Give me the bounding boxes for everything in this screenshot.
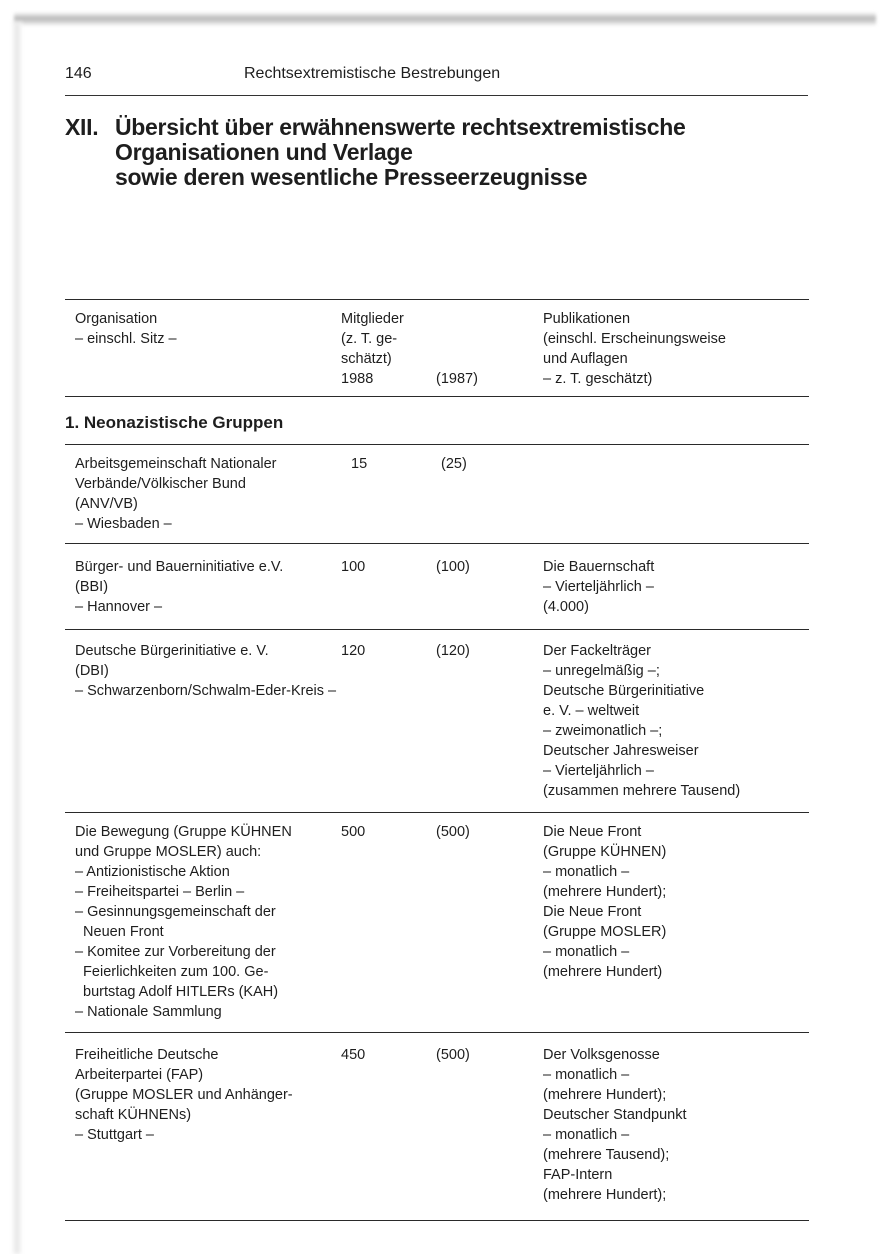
row-rule [65, 629, 809, 630]
table-row-organisation: Bürger- und Bauerninitiative e.V. (BBI) … [75, 557, 283, 617]
table-row-members-1988: 500 [341, 822, 365, 842]
row-rule [65, 1032, 809, 1033]
chapter-title-line: sowie deren wesentliche Presseerzeugniss… [115, 165, 685, 190]
chapter-numeral: XII. [65, 115, 98, 140]
header-bottom-rule [65, 396, 809, 397]
header-mitglieder-1987: (1987) [436, 369, 478, 389]
table-row-organisation: Arbeitsgemeinschaft Nationaler Verbände/… [75, 454, 277, 534]
table-top-rule [65, 299, 809, 300]
page-number: 146 [65, 65, 92, 83]
table-row-organisation: Deutsche Bürgerinitiative e. V. (DBI) – … [75, 641, 336, 701]
chapter-title-line: Organisationen und Verlage [115, 140, 685, 165]
table-row-publications: Der Volksgenosse – monatlich – (mehrere … [543, 1045, 686, 1205]
row-rule [65, 543, 809, 544]
row-rule [65, 812, 809, 813]
document-page: 146 Rechtsextremistische Bestrebungen XI… [0, 0, 894, 1254]
table-row-members-1987: (500) [436, 1045, 470, 1065]
section-heading: 1. Neonazistische Gruppen [65, 413, 283, 433]
header-publikationen: Publikationen (einschl. Erscheinungsweis… [543, 309, 726, 389]
table-row-organisation: Die Bewegung (Gruppe KÜHNEN und Gruppe M… [75, 822, 292, 1022]
table-row-members-1987: (500) [436, 822, 470, 842]
table-bottom-rule [65, 1220, 809, 1221]
header-mitglieder-1988: Mitglieder (z. T. ge- schätzt) 1988 [341, 309, 404, 389]
table-row-publications: Die Neue Front (Gruppe KÜHNEN) – monatli… [543, 822, 666, 982]
table-row-members-1988: 100 [341, 557, 365, 577]
table-row-members-1987: (25) [441, 454, 467, 474]
table-row-members-1988: 15 [351, 454, 367, 474]
table-row-members-1988: 120 [341, 641, 365, 661]
running-title: Rechtsextremistische Bestrebungen [244, 65, 500, 83]
table-row-members-1987: (120) [436, 641, 470, 661]
header-organisation: Organisation – einschl. Sitz – [75, 309, 177, 349]
table-row-members-1987: (100) [436, 557, 470, 577]
running-header: 146 Rechtsextremistische Bestrebungen [65, 65, 808, 96]
table-row-organisation: Freiheitliche Deutsche Arbeiterpartei (F… [75, 1045, 293, 1145]
chapter-title-line: Übersicht über erwähnenswerte rechtsextr… [115, 115, 685, 140]
section-rule [65, 444, 809, 445]
table-row-publications: Die Bauernschaft – Vierteljährlich – (4.… [543, 557, 654, 617]
table-row-members-1988: 450 [341, 1045, 365, 1065]
table-row-publications: Der Fackelträger – unregelmäßig –; Deuts… [543, 641, 740, 801]
